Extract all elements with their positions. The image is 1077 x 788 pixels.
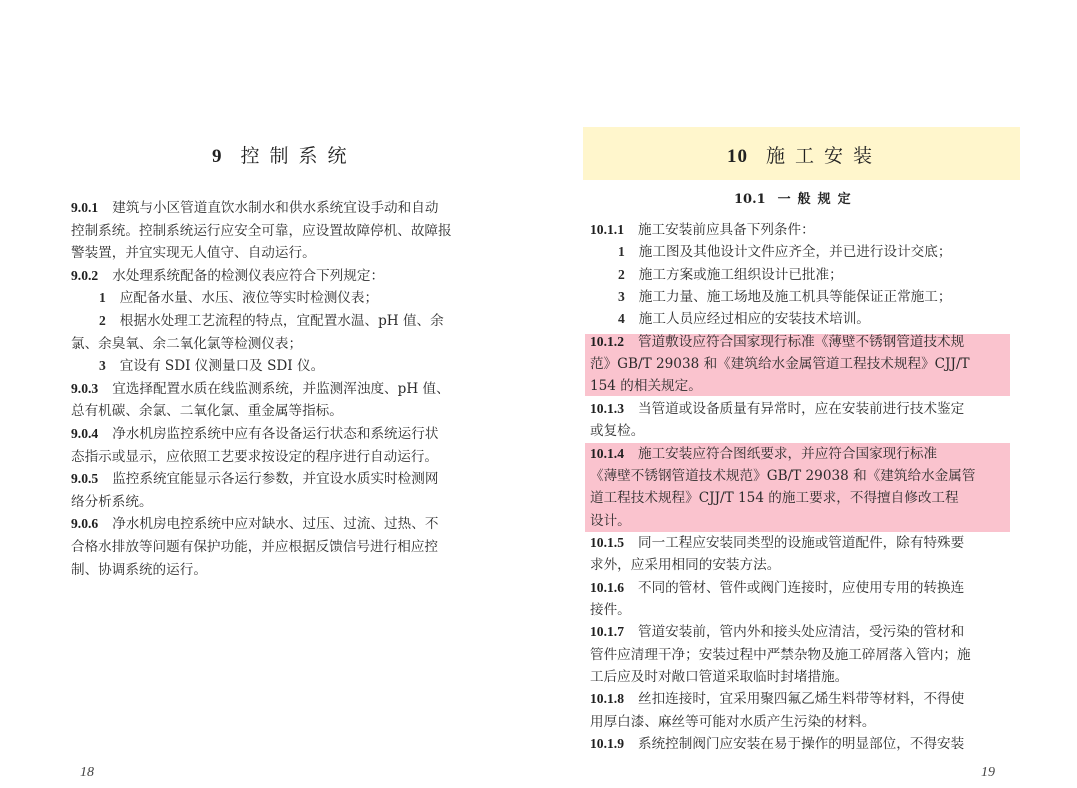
text-line: 《薄壁不锈钢管道技术规范》GB/T 29038 和《建筑给水金属管 xyxy=(590,465,975,487)
clause-line: 9.0.3宜选择配置水质在线监测系统，并监测浑浊度、pH 值、 xyxy=(71,378,450,400)
chapter-name: 施工安装 xyxy=(766,145,882,167)
clause-line: 10.1.4施工安装应符合图纸要求，并应符合国家现行标准 xyxy=(590,443,937,465)
text-line: 管件应清理干净；安装过程中严禁杂物及施工碎屑落入管内；施 xyxy=(590,644,971,666)
text-line: 接件。 xyxy=(590,599,631,621)
list-item-line: 3施工力量、施工场地及施工机具等能保证正常施工； xyxy=(618,286,951,308)
line-text: 警装置，并宜实现无人值守、自动运行。 xyxy=(71,245,316,261)
text-line: 合格水排放等问题有保护功能，并应根据反馈信号进行相应控 xyxy=(71,536,438,558)
clause-line: 9.0.6净水机房电控系统中应对缺水、过压、过流、过热、不 xyxy=(71,513,438,535)
clause-number: 10.1.6 xyxy=(590,580,624,595)
line-text: 施工人员应经过相应的安装技术培训。 xyxy=(639,311,870,327)
line-text: 宜设有 SDI 仪测量口及 SDI 仪。 xyxy=(120,358,324,374)
list-item-line: 2施工方案或施工组织设计已批准； xyxy=(618,264,843,286)
text-line: 道工程技术规程》CJJ/T 154 的施工要求，不得擅自修改工程 xyxy=(590,487,959,509)
chapter-title-10: 10施工安装 xyxy=(727,141,882,168)
line-text: 制、协调系统的运行。 xyxy=(71,562,207,578)
line-text: 态指示或显示，应依照工艺要求按设定的程序进行自动运行。 xyxy=(71,449,438,465)
clause-number: 9.0.2 xyxy=(71,268,98,283)
line-text: 宜选择配置水质在线监测系统，并监测浑浊度、pH 值、 xyxy=(112,381,450,397)
line-text: 施工力量、施工场地及施工机具等能保证正常施工； xyxy=(639,289,952,305)
clause-line: 9.0.5监控系统宜能显示各运行参数，并宜设水质实时检测网 xyxy=(71,468,438,490)
section-number: 10.1 xyxy=(734,192,766,207)
text-line: 络分析系统。 xyxy=(71,491,153,513)
text-line: 或复检。 xyxy=(590,420,644,442)
clause-number: 9.0.6 xyxy=(71,516,98,531)
line-text: 根据水处理工艺流程的特点，宜配置水温、pH 值、余 xyxy=(120,313,444,329)
line-text: 净水机房电控系统中应对缺水、过压、过流、过热、不 xyxy=(112,516,438,532)
line-text: 道工程技术规程》CJJ/T 154 的施工要求，不得擅自修改工程 xyxy=(590,490,959,506)
page-number: 18 xyxy=(80,765,94,781)
text-line: 设计。 xyxy=(590,510,631,532)
item-number: 3 xyxy=(99,358,106,373)
clause-number: 10.1.7 xyxy=(590,624,624,639)
line-text: 施工安装应符合图纸要求，并应符合国家现行标准 xyxy=(638,446,937,462)
item-number: 2 xyxy=(618,267,625,282)
line-text: 当管道或设备质量有异常时，应在安装前进行技术鉴定 xyxy=(638,401,964,417)
clause-number: 10.1.1 xyxy=(590,222,624,237)
text-line: 警装置，并宜实现无人值守、自动运行。 xyxy=(71,242,316,264)
clause-line: 9.0.1建筑与小区管道直饮水制水和供水系统宜设手动和自动 xyxy=(71,197,438,219)
clause-line: 10.1.5同一工程应安装同类型的设施或管道配件，除有特殊要 xyxy=(590,532,964,554)
item-number: 1 xyxy=(99,290,106,305)
page-number: 19 xyxy=(981,765,995,781)
clause-line: 10.1.2管道敷设应符合国家现行标准《薄壁不锈钢管道技术规 xyxy=(590,331,964,353)
clause-number: 10.1.8 xyxy=(590,691,624,706)
line-text: 范》GB/T 29038 和《建筑给水金属管道工程技术规程》CJJ/T xyxy=(590,356,970,372)
clause-number: 9.0.5 xyxy=(71,471,98,486)
clause-number: 10.1.9 xyxy=(590,736,624,751)
line-text: 氯、余臭氧、余二氧化氯等检测仪表； xyxy=(71,336,302,352)
line-text: 施工方案或施工组织设计已批准； xyxy=(639,267,843,283)
line-text: 建筑与小区管道直饮水制水和供水系统宜设手动和自动 xyxy=(112,200,438,216)
text-line: 氯、余臭氧、余二氧化氯等检测仪表； xyxy=(71,333,302,355)
list-item-line: 3宜设有 SDI 仪测量口及 SDI 仪。 xyxy=(99,355,324,377)
clause-line: 10.1.6不同的管材、管件或阀门连接时，应使用专用的转换连 xyxy=(590,577,964,599)
line-text: 管道安装前，管内外和接头处应清洁，受污染的管材和 xyxy=(638,624,964,640)
line-text: 系统控制阀门应安装在易于操作的明显部位，不得安装 xyxy=(638,736,964,752)
item-number: 1 xyxy=(618,244,625,259)
right-page: 10施工安装 10.1一般规定 10.1.1施工安装前应具备下列条件：1施工图及… xyxy=(538,0,1077,788)
line-text: 工后应及时对敞口管道采取临时封堵措施。 xyxy=(590,669,848,685)
clause-number: 10.1.3 xyxy=(590,401,624,416)
left-page: 9控制系统 9.0.1建筑与小区管道直饮水制水和供水系统宜设手动和自动控制系统。… xyxy=(0,0,538,788)
item-number: 3 xyxy=(618,289,625,304)
text-line: 154 的相关规定。 xyxy=(590,375,702,397)
line-text: 同一工程应安装同类型的设施或管道配件，除有特殊要 xyxy=(638,535,964,551)
clause-line: 10.1.3当管道或设备质量有异常时，应在安装前进行技术鉴定 xyxy=(590,398,964,420)
chapter-name: 控制系统 xyxy=(241,145,357,167)
text-line: 态指示或显示，应依照工艺要求按设定的程序进行自动运行。 xyxy=(71,446,438,468)
line-text: 用厚白漆、麻丝等可能对水质产生污染的材料。 xyxy=(590,714,875,730)
clause-line: 10.1.1施工安装前应具备下列条件： xyxy=(590,219,815,241)
line-text: 总有机碳、余氯、二氧化氯、重金属等指标。 xyxy=(71,403,343,419)
clause-line: 10.1.8丝扣连接时，宜采用聚四氟乙烯生料带等材料，不得使 xyxy=(590,688,964,710)
line-text: 施工图及其他设计文件应齐全，并已进行设计交底； xyxy=(639,244,952,260)
clause-number: 9.0.3 xyxy=(71,381,98,396)
chapter-number: 9 xyxy=(212,146,223,167)
line-text: 或复检。 xyxy=(590,423,644,439)
line-text: 水处理系统配备的检测仪表应符合下列规定： xyxy=(112,268,384,284)
line-text: 《薄壁不锈钢管道技术规范》GB/T 29038 和《建筑给水金属管 xyxy=(590,468,975,484)
clause-line: 10.1.9系统控制阀门应安装在易于操作的明显部位，不得安装 xyxy=(590,733,964,755)
item-number: 4 xyxy=(618,311,625,326)
line-text: 合格水排放等问题有保护功能，并应根据反馈信号进行相应控 xyxy=(71,539,438,555)
text-line: 总有机碳、余氯、二氧化氯、重金属等指标。 xyxy=(71,400,343,422)
list-item-line: 2根据水处理工艺流程的特点，宜配置水温、pH 值、余 xyxy=(99,310,444,332)
line-text: 络分析系统。 xyxy=(71,494,153,510)
clause-number: 9.0.4 xyxy=(71,426,98,441)
text-line: 范》GB/T 29038 和《建筑给水金属管道工程技术规程》CJJ/T xyxy=(590,353,970,375)
line-text: 施工安装前应具备下列条件： xyxy=(638,222,815,238)
clause-number: 10.1.5 xyxy=(590,535,624,550)
list-item-line: 1施工图及其他设计文件应齐全，并已进行设计交底； xyxy=(618,241,951,263)
text-line: 控制系统。控制系统运行应安全可靠，应设置故障停机、故障报 xyxy=(71,220,452,242)
chapter-title-9: 9控制系统 xyxy=(212,141,357,168)
line-text: 不同的管材、管件或阀门连接时，应使用专用的转换连 xyxy=(638,580,964,596)
text-line: 制、协调系统的运行。 xyxy=(71,559,207,581)
text-line: 求外，应采用相同的安装方法。 xyxy=(590,554,780,576)
clause-number: 9.0.1 xyxy=(71,200,98,215)
list-item-line: 4施工人员应经过相应的安装技术培训。 xyxy=(618,308,870,330)
chapter-number: 10 xyxy=(727,146,748,167)
list-item-line: 1应配备水量、水压、液位等实时检测仪表； xyxy=(99,287,378,309)
item-number: 2 xyxy=(99,313,106,328)
clause-line: 9.0.4净水机房监控系统中应有各设备运行状态和系统运行状 xyxy=(71,423,438,445)
text-line: 工后应及时对敞口管道采取临时封堵措施。 xyxy=(590,666,848,688)
line-text: 求外，应采用相同的安装方法。 xyxy=(590,557,780,573)
line-text: 154 的相关规定。 xyxy=(590,378,702,394)
line-text: 管件应清理干净；安装过程中严禁杂物及施工碎屑落入管内；施 xyxy=(590,647,971,663)
clause-line: 10.1.7管道安装前，管内外和接头处应清洁，受污染的管材和 xyxy=(590,621,964,643)
line-text: 控制系统。控制系统运行应安全可靠，应设置故障停机、故障报 xyxy=(71,223,452,239)
line-text: 应配备水量、水压、液位等实时检测仪表； xyxy=(120,290,378,306)
clause-line: 9.0.2水处理系统配备的检测仪表应符合下列规定： xyxy=(71,265,384,287)
line-text: 净水机房监控系统中应有各设备运行状态和系统运行状 xyxy=(112,426,438,442)
clause-number: 10.1.4 xyxy=(590,446,624,461)
line-text: 管道敷设应符合国家现行标准《薄壁不锈钢管道技术规 xyxy=(638,334,964,350)
clause-number: 10.1.2 xyxy=(590,334,624,349)
line-text: 设计。 xyxy=(590,513,631,529)
section-name: 一般规定 xyxy=(778,192,858,207)
line-text: 监控系统宜能显示各运行参数，并宜设水质实时检测网 xyxy=(112,471,438,487)
text-line: 用厚白漆、麻丝等可能对水质产生污染的材料。 xyxy=(590,711,875,733)
line-text: 丝扣连接时，宜采用聚四氟乙烯生料带等材料，不得使 xyxy=(638,691,964,707)
section-title: 10.1一般规定 xyxy=(734,188,858,207)
line-text: 接件。 xyxy=(590,602,631,618)
